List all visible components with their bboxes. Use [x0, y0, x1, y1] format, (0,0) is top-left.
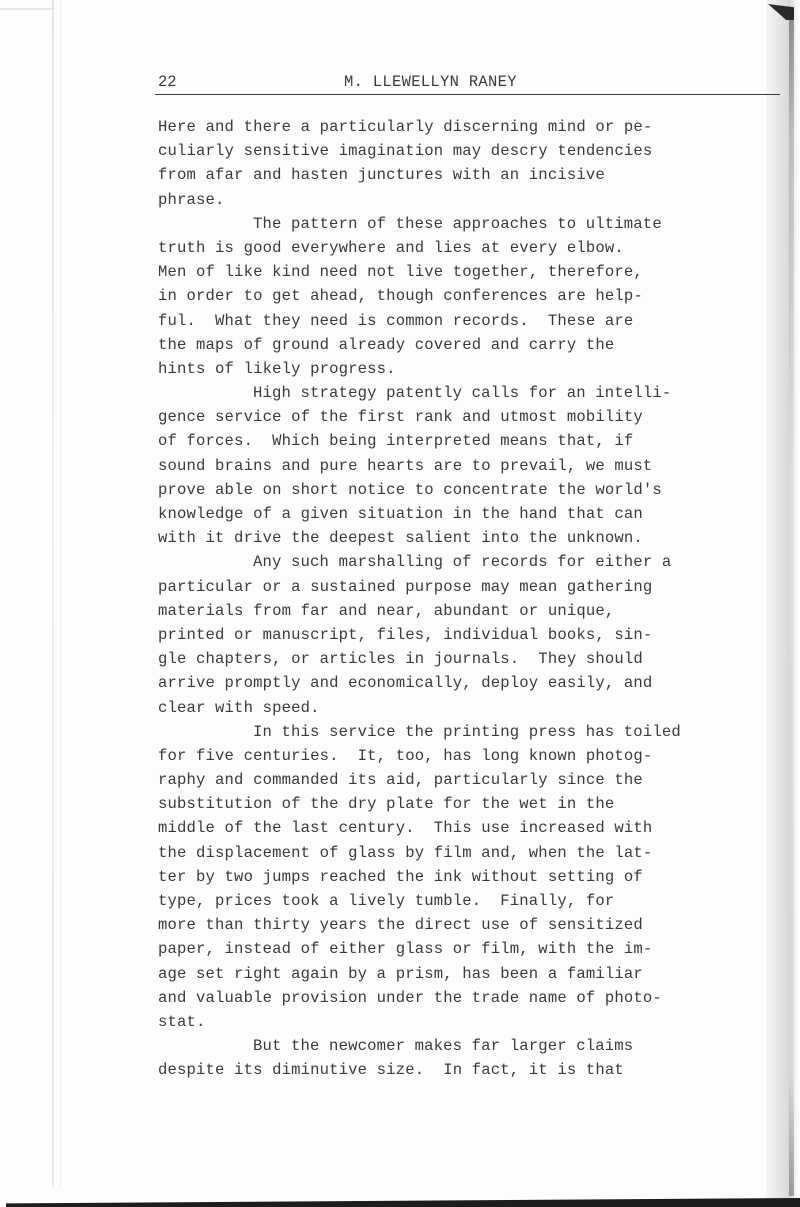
text-line: clear with speed.: [158, 696, 778, 720]
body-text: Here and there a particularly discerning…: [158, 115, 778, 1083]
text-line: ter by two jumps reached the ink without…: [158, 865, 778, 889]
text-line: arrive promptly and economically, deploy…: [158, 671, 778, 695]
scan-artifact-top: [0, 8, 55, 10]
page-number: 22: [158, 71, 177, 93]
text-line: from afar and hasten junctures with an i…: [158, 163, 778, 187]
text-line: in order to get ahead, though conference…: [158, 284, 778, 308]
text-line: ful. What they need is common records. T…: [158, 309, 778, 333]
text-line: particular or a sustained purpose may me…: [158, 575, 778, 599]
text-line: the maps of ground already covered and c…: [158, 333, 778, 357]
scan-bottom-edge: [6, 1198, 800, 1207]
text-line: gence service of the first rank and utmo…: [158, 405, 778, 429]
text-line: with it drive the deepest salient into t…: [158, 526, 778, 550]
text-line: Here and there a particularly discerning…: [158, 115, 778, 139]
scan-artifact-left-line: [52, 0, 54, 1187]
text-line: gle chapters, or articles in journals. T…: [158, 647, 778, 671]
paragraph-first-line: In this service the printing press has t…: [158, 720, 778, 744]
text-line: middle of the last century. This use inc…: [158, 816, 778, 840]
text-line: prove able on short notice to concentrat…: [158, 478, 778, 502]
text-line: sound brains and pure hearts are to prev…: [158, 454, 778, 478]
text-line: and valuable provision under the trade n…: [158, 986, 778, 1010]
paragraph-first-line: The pattern of these approaches to ultim…: [158, 212, 778, 236]
text-line: hints of likely progress.: [158, 357, 778, 381]
text-line: the displacement of glass by film and, w…: [158, 841, 778, 865]
paragraph-first-line: Any such marshalling of records for eith…: [158, 550, 778, 574]
text-line: more than thirty years the direct use of…: [158, 913, 778, 937]
text-line: substitution of the dry plate for the we…: [158, 792, 778, 816]
text-line: truth is good everywhere and lies at eve…: [158, 236, 778, 260]
text-line: despite its diminutive size. In fact, it…: [158, 1058, 778, 1082]
text-line: stat.: [158, 1010, 778, 1034]
text-line: for five centuries. It, too, has long kn…: [158, 744, 778, 768]
text-line: phrase.: [158, 188, 778, 212]
page-edge-strip: [789, 16, 794, 1196]
scan-artifact-left-line-2: [60, 0, 61, 1187]
text-line: type, prices took a lively tumble. Final…: [158, 889, 778, 913]
running-head-title: M. LLEWELLYN RANEY: [344, 71, 517, 93]
text-line: culiarly sensitive imagination may descr…: [158, 139, 778, 163]
header-rule: [155, 94, 780, 95]
paragraph-first-line: But the newcomer makes far larger claims: [158, 1034, 778, 1058]
text-line: raphy and commanded its aid, particularl…: [158, 768, 778, 792]
text-line: materials from far and near, abundant or…: [158, 599, 778, 623]
text-line: paper, instead of either glass or film, …: [158, 937, 778, 961]
text-line: knowledge of a given situation in the ha…: [158, 502, 778, 526]
text-line: age set right again by a prism, has been…: [158, 962, 778, 986]
paragraph-first-line: High strategy patently calls for an inte…: [158, 381, 778, 405]
text-line: of forces. Which being interpreted means…: [158, 429, 778, 453]
running-head: 22 M. LLEWELLYN RANEY: [158, 71, 780, 93]
text-line: printed or manuscript, files, individual…: [158, 623, 778, 647]
text-line: Men of like kind need not live together,…: [158, 260, 778, 284]
